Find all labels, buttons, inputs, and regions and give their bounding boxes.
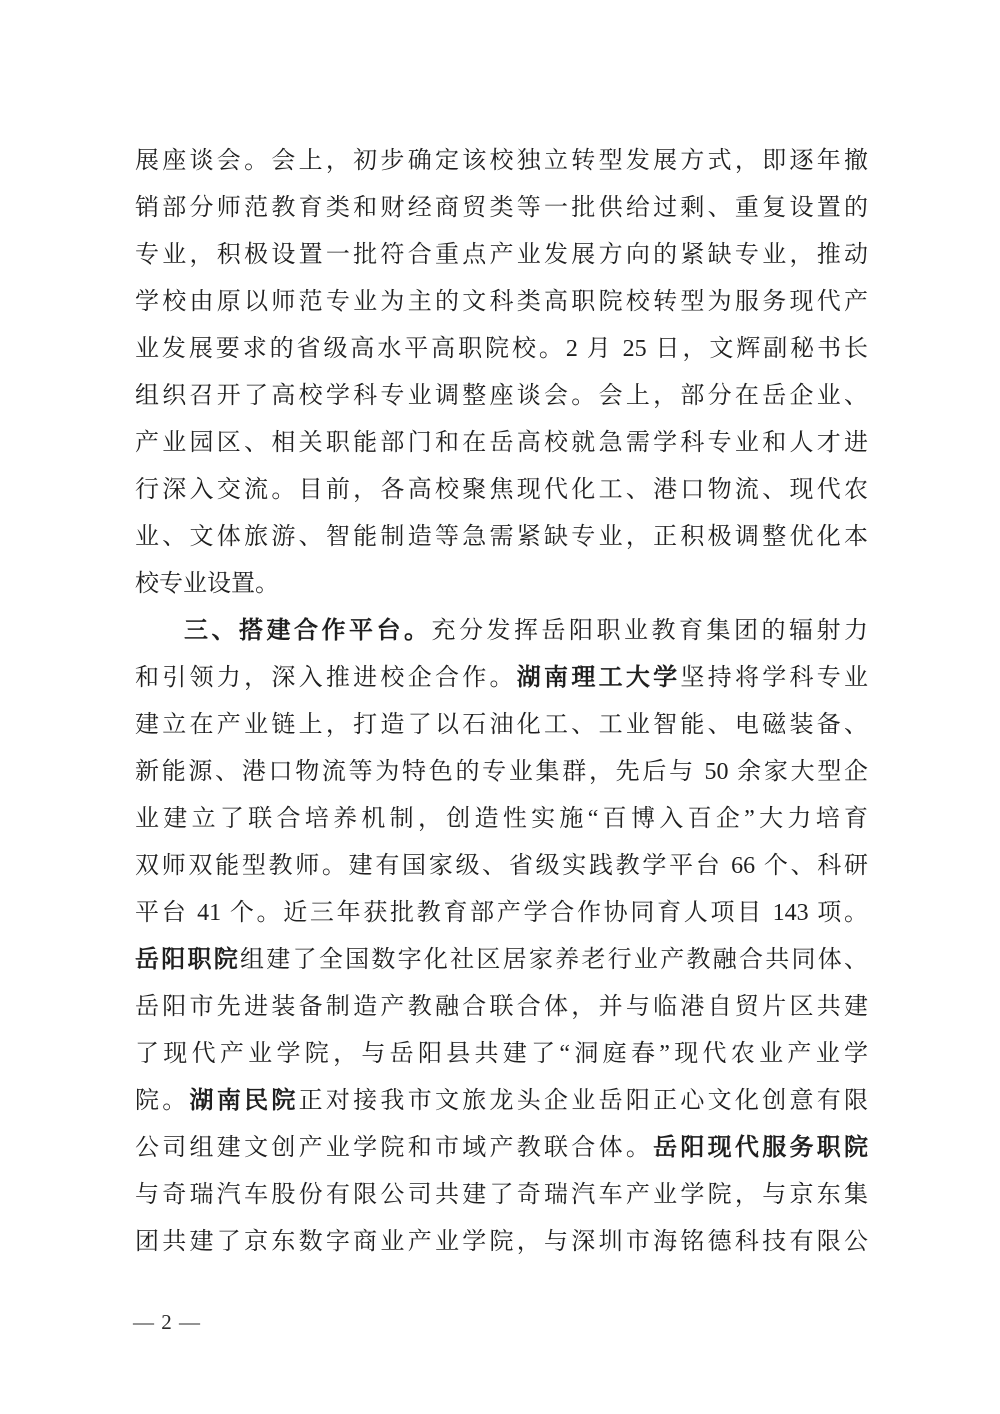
text-line: 和引领力，深入推进校企合作。湖南理工大学坚持将学科专业 (135, 655, 868, 702)
text-line: 销部分师范教育类和财经商贸类等一批供给过剩、重复设置的 (135, 185, 868, 232)
text-segment-bold: 岳阳职院 (135, 947, 240, 973)
text-segment: 公司组建文创产业学院和市域产教联合体。 (135, 1135, 653, 1161)
text-line: 三、搭建合作平台。充分发挥岳阳职业教育集团的辐射力 (135, 608, 868, 655)
document-page: 展座谈会。会上，初步确定该校独立转型发展方式，即逐年撤销部分师范教育类和财经商贸… (0, 0, 1000, 1414)
text-line: 建立在产业链上，打造了以石油化工、工业智能、电磁装备、 (135, 702, 868, 749)
text-segment: 正对接我市文旅龙头企业岳阳正心文化创意有限 (299, 1088, 868, 1114)
text-line: 新能源、港口物流等为特色的专业集群，先后与 50 余家大型企 (135, 749, 868, 796)
text-line: 学校由原以师范专业为主的文科类高职院校转型为服务现代产 (135, 279, 868, 326)
text-segment: 业、文体旅游、智能制造等急需紧缺专业，正积极调整优化本 (135, 524, 868, 550)
text-segment: 新能源、港口物流等为特色的专业集群，先后与 50 余家大型企 (135, 759, 868, 785)
text-segment: 团共建了京东数字商业产业学院，与深圳市海铭德科技有限公 (135, 1229, 868, 1255)
text-line: 了现代产业学院，与岳阳县共建了“洞庭春”现代农业产业学 (135, 1031, 868, 1078)
text-segment: 建立在产业链上，打造了以石油化工、工业智能、电磁装备、 (135, 712, 868, 738)
text-line: 院。湖南民院正对接我市文旅龙头企业岳阳正心文化创意有限 (135, 1078, 868, 1125)
text-segment: 行深入交流。目前，各高校聚焦现代化工、港口物流、现代农 (135, 477, 868, 503)
text-line: 展座谈会。会上，初步确定该校独立转型发展方式，即逐年撤 (135, 138, 868, 185)
text-segment: 业建立了联合培养机制，创造性实施“百博入百企”大力培育 (135, 806, 868, 832)
text-segment: 坚持将学科专业 (680, 665, 868, 691)
text-segment-bold: 湖南理工大学 (517, 665, 681, 691)
text-line: 岳阳职院组建了全国数字化社区居家养老行业产教融合共同体、 (135, 937, 868, 984)
text-segment: 充分发挥岳阳职业教育集团的辐射力 (432, 618, 869, 644)
text-segment: 了现代产业学院，与岳阳县共建了“洞庭春”现代农业产业学 (135, 1041, 868, 1067)
text-line: 与奇瑞汽车股份有限公司共建了奇瑞汽车产业学院，与京东集 (135, 1172, 868, 1219)
text-line: 岳阳市先进装备制造产教融合联合体，并与临港自贸片区共建 (135, 984, 868, 1031)
document-body: 展座谈会。会上，初步确定该校独立转型发展方式，即逐年撤销部分师范教育类和财经商贸… (135, 138, 868, 1266)
text-segment: 双师双能型教师。建有国家级、省级实践教学平台 66 个、科研 (135, 853, 868, 879)
text-segment: 产业园区、相关职能部门和在岳高校就急需学科专业和人才进 (135, 430, 868, 456)
text-segment: 学校由原以师范专业为主的文科类高职院校转型为服务现代产 (135, 289, 868, 315)
text-line: 业、文体旅游、智能制造等急需紧缺专业，正积极调整优化本 (135, 514, 868, 561)
text-line: 平台 41 个。近三年获批教育部产学合作协同育人项目 143 项。 (135, 890, 868, 937)
text-line: 团共建了京东数字商业产业学院，与深圳市海铭德科技有限公 (135, 1219, 868, 1266)
text-line: 行深入交流。目前，各高校聚焦现代化工、港口物流、现代农 (135, 467, 868, 514)
text-segment: 岳阳市先进装备制造产教融合联合体，并与临港自贸片区共建 (135, 994, 868, 1020)
text-segment-bold: 湖南民院 (190, 1088, 299, 1114)
text-segment: 院。 (135, 1088, 190, 1114)
page-number: — 2 — (133, 1305, 201, 1339)
text-line: 产业园区、相关职能部门和在岳高校就急需学科专业和人才进 (135, 420, 868, 467)
text-segment: 与奇瑞汽车股份有限公司共建了奇瑞汽车产业学院，与京东集 (135, 1182, 868, 1208)
text-segment: 展座谈会。会上，初步确定该校独立转型发展方式，即逐年撤 (135, 148, 868, 174)
text-segment: 专业，积极设置一批符合重点产业发展方向的紧缺专业，推动 (135, 242, 868, 268)
text-segment: 校专业设置。 (135, 571, 279, 597)
text-segment-bold: 岳阳现代服务职院 (653, 1135, 868, 1161)
text-line: 业发展要求的省级高水平高职院校。2 月 25 日，文辉副秘书长 (135, 326, 868, 373)
text-segment: 和引领力，深入推进校企合作。 (135, 665, 517, 691)
text-line: 公司组建文创产业学院和市域产教联合体。岳阳现代服务职院 (135, 1125, 868, 1172)
text-line: 组织召开了高校学科专业调整座谈会。会上，部分在岳企业、 (135, 373, 868, 420)
text-segment: 销部分师范教育类和财经商贸类等一批供给过剩、重复设置的 (135, 195, 868, 221)
text-segment: 组建了全国数字化社区居家养老行业产教融合共同体、 (240, 947, 868, 973)
text-segment: 平台 41 个。近三年获批教育部产学合作协同育人项目 143 项。 (135, 900, 868, 926)
text-line: 专业，积极设置一批符合重点产业发展方向的紧缺专业，推动 (135, 232, 868, 279)
text-segment: 组织召开了高校学科专业调整座谈会。会上，部分在岳企业、 (135, 383, 868, 409)
text-line: 校专业设置。 (135, 561, 868, 608)
text-line: 双师双能型教师。建有国家级、省级实践教学平台 66 个、科研 (135, 843, 868, 890)
text-segment-bold: 三、搭建合作平台。 (184, 618, 432, 644)
text-segment: 业发展要求的省级高水平高职院校。2 月 25 日，文辉副秘书长 (135, 336, 868, 362)
text-line: 业建立了联合培养机制，创造性实施“百博入百企”大力培育 (135, 796, 868, 843)
